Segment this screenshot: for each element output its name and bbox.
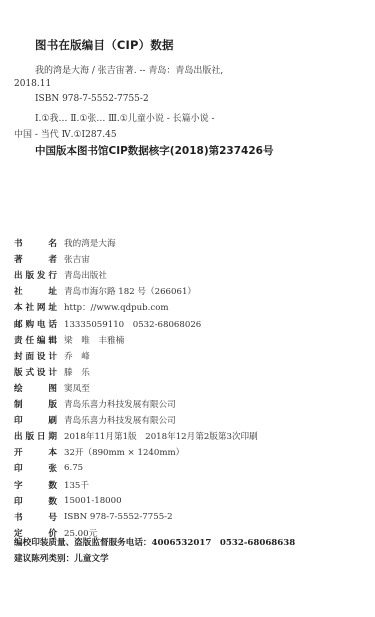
detail-row: 字数135千 (14, 478, 89, 492)
detail-label-char: 话 (48, 318, 57, 330)
detail-label-char: 出 (14, 430, 23, 442)
cip-line-classification-cont: 中国 - 当代 Ⅳ.①I287.45 (14, 127, 117, 140)
detail-value: 135千 (64, 479, 89, 491)
detail-label-char: 号 (48, 511, 57, 523)
detail-row: 邮购电话13335059110 0532-68068026 (14, 317, 201, 331)
detail-label-char: 编 (37, 334, 46, 346)
detail-value: 梁 唯 丰雅楠 (64, 334, 124, 346)
detail-label-char: 网 (37, 301, 46, 313)
detail-value: 青岛出版社 (64, 269, 107, 281)
detail-label-char: 著 (14, 253, 23, 265)
detail-label-char: 绘 (14, 382, 23, 394)
detail-label-char: 书 (14, 237, 23, 249)
quality-hotline: 编校印装质量、盗版监督服务电话：4006532017 0532-68068638 (14, 536, 295, 548)
cip-line-bibliographic: 我的湾是大海 / 张吉宙著. -- 青岛：青岛出版社, (35, 63, 223, 76)
detail-row: 版式设计滕 乐 (14, 365, 90, 379)
detail-label-char: 者 (48, 253, 57, 265)
detail-label: 印刷 (14, 414, 57, 426)
detail-label-char: 设 (37, 366, 46, 378)
hotline-numbers: 4006532017 0532-68068638 (152, 538, 296, 548)
detail-row: 书名我的湾是大海 (14, 236, 116, 250)
detail-row: 出版日期2018年11月第1版 2018年12月第2版第3次印刷 (14, 429, 258, 443)
detail-value: 张吉宙 (64, 253, 90, 265)
cip-line-classification: Ⅰ.①我… Ⅱ.①张… Ⅲ.①儿童小说 - 长篇小说 - (35, 111, 215, 124)
detail-label-char: 版 (14, 366, 23, 378)
hotline-label: 编校印装质量、盗版监督服务电话： (14, 538, 152, 548)
detail-row: 封面设计乔 峰 (14, 349, 90, 363)
detail-label: 封面设计 (14, 350, 57, 362)
detail-label-char: 印 (14, 495, 23, 507)
detail-label-char: 版 (48, 398, 57, 410)
cip-title: 图书在版编目（CIP）数据 (35, 37, 174, 53)
detail-label: 制版 (14, 398, 57, 410)
detail-value: 青岛市海尔路 182 号（266061） (64, 285, 196, 297)
detail-label: 字数 (14, 479, 57, 491)
detail-label-char: 社 (25, 301, 34, 313)
detail-row: 责任编辑梁 唯 丰雅楠 (14, 333, 124, 347)
detail-value: 青岛乐喜力科技发展有限公司 (64, 414, 176, 426)
detail-label-char: 式 (25, 366, 34, 378)
detail-value: 乔 峰 (64, 350, 90, 362)
detail-label-char: 期 (48, 430, 57, 442)
detail-label-char: 数 (48, 479, 57, 491)
detail-label-char: 日 (37, 430, 46, 442)
detail-row: 书号ISBN 978-7-5552-7755-2 (14, 510, 173, 524)
detail-label-char: 印 (14, 462, 23, 474)
detail-label-char: 址 (48, 301, 57, 313)
detail-row: 印刷青岛乐喜力科技发展有限公司 (14, 413, 176, 427)
detail-row: 制版青岛乐喜力科技发展有限公司 (14, 397, 176, 411)
detail-label-char: 版 (25, 430, 34, 442)
detail-value: 6.75 (64, 463, 83, 473)
detail-value: 我的湾是大海 (64, 237, 116, 249)
detail-label-char: 社 (14, 285, 23, 297)
detail-row: 开本32开（890mm × 1240mm） (14, 445, 184, 459)
detail-label-char: 计 (48, 366, 57, 378)
detail-label-char: 行 (48, 269, 57, 281)
detail-label: 著者 (14, 253, 57, 265)
detail-label-char: 名 (48, 237, 57, 249)
detail-label-char: 电 (37, 318, 46, 330)
cip-record-number: 中国版本图书馆CIP数据核字(2018)第237426号 (35, 143, 273, 158)
detail-value: 窦凤至 (64, 382, 90, 394)
detail-label: 出版日期 (14, 430, 57, 442)
detail-label: 印数 (14, 495, 57, 507)
detail-label: 书名 (14, 237, 57, 249)
detail-value: 15001-18000 (64, 496, 122, 506)
detail-label-char: 址 (48, 285, 57, 297)
detail-label-char: 出 (14, 269, 23, 281)
detail-row: 印数15001-18000 (14, 494, 122, 508)
detail-label-char: 面 (25, 350, 34, 362)
detail-value: http：//www.qdpub.com (64, 301, 169, 313)
detail-label-char: 数 (48, 495, 57, 507)
detail-label-char: 本 (14, 301, 23, 313)
detail-label-char: 责 (14, 334, 23, 346)
detail-value: 13335059110 0532-68068026 (64, 318, 201, 330)
detail-label: 开本 (14, 446, 57, 458)
detail-label-char: 邮 (14, 318, 23, 330)
detail-label: 书号 (14, 511, 57, 523)
detail-label: 责任编辑 (14, 334, 57, 346)
detail-row: 本社网址http：//www.qdpub.com (14, 300, 169, 314)
cip-line-isbn: ISBN 978-7-5552-7755-2 (35, 94, 149, 104)
detail-label-char: 任 (25, 334, 34, 346)
detail-label-char: 书 (14, 511, 23, 523)
detail-row: 印张6.75 (14, 461, 83, 475)
detail-row: 社址青岛市海尔路 182 号（266061） (14, 284, 196, 298)
detail-label-char: 字 (14, 479, 23, 491)
detail-label-char: 购 (25, 318, 34, 330)
detail-label-char: 图 (48, 382, 57, 394)
detail-label: 版式设计 (14, 366, 57, 378)
detail-value: 滕 乐 (64, 366, 90, 378)
detail-label: 社址 (14, 285, 57, 297)
detail-label-char: 辑 (48, 334, 57, 346)
detail-label-char: 制 (14, 398, 23, 410)
detail-label: 出版发行 (14, 269, 57, 281)
detail-label-char: 开 (14, 446, 23, 458)
detail-row: 绘图窦凤至 (14, 381, 90, 395)
detail-label-char: 刷 (48, 414, 57, 426)
detail-label-char: 版 (25, 269, 34, 281)
detail-label-char: 本 (48, 446, 57, 458)
detail-row: 出版发行青岛出版社 (14, 268, 107, 282)
detail-value: 青岛乐喜力科技发展有限公司 (64, 398, 176, 410)
detail-label-char: 张 (48, 462, 57, 474)
detail-label: 本社网址 (14, 301, 57, 313)
detail-label-char: 封 (14, 350, 23, 362)
cip-line-date: 2018.11 (14, 79, 51, 89)
detail-label: 绘图 (14, 382, 57, 394)
detail-value: 32开（890mm × 1240mm） (64, 446, 184, 458)
detail-value: ISBN 978-7-5552-7755-2 (64, 512, 173, 522)
detail-value: 2018年11月第1版 2018年12月第2版第3次印刷 (64, 430, 258, 442)
detail-label-char: 印 (14, 414, 23, 426)
detail-label: 印张 (14, 462, 57, 474)
detail-label-char: 设 (37, 350, 46, 362)
detail-row: 著者张吉宙 (14, 252, 90, 266)
detail-label: 邮购电话 (14, 318, 57, 330)
display-category: 建议陈列类别：儿童文学 (14, 552, 109, 564)
detail-label-char: 计 (48, 350, 57, 362)
detail-label-char: 发 (37, 269, 46, 281)
